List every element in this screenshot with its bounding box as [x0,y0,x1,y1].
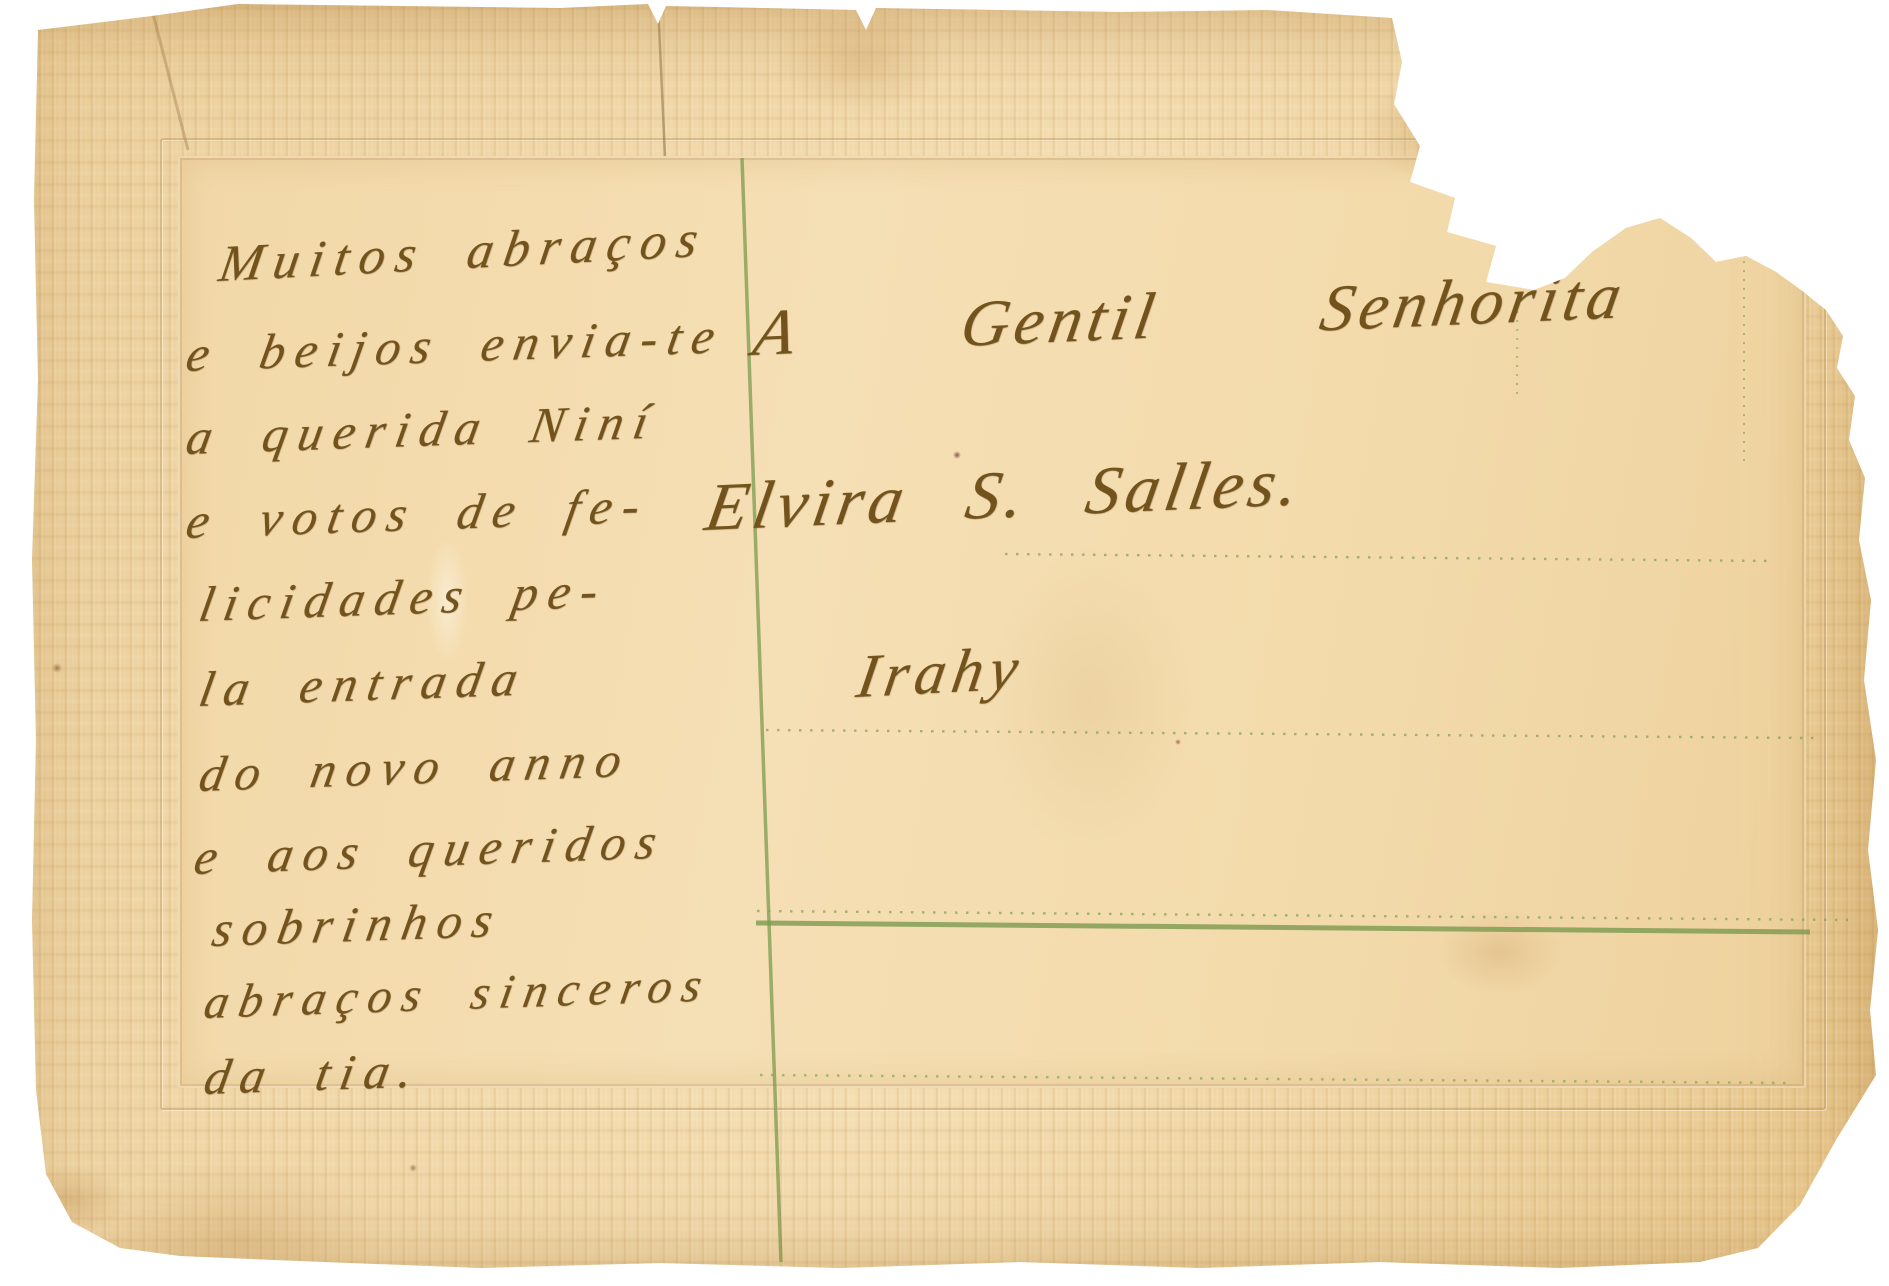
stamp-box-top-dotted [1519,100,1702,104]
postcard: Muitos abraços e beijos envia-te a queri… [0,0,1889,1286]
aging-vignette [0,0,1889,1286]
scan-background: Muitos abraços e beijos envia-te a queri… [0,0,1889,1286]
